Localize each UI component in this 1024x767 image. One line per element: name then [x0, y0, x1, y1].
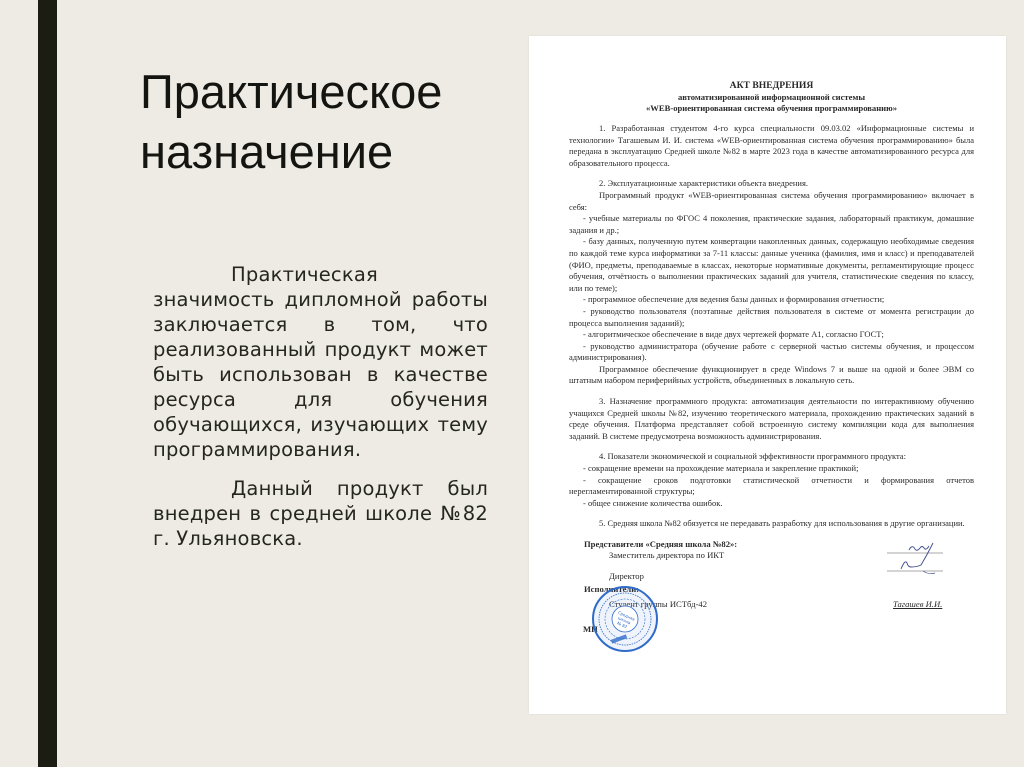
doc-paragraph: 1. Разработанная студентом 4-го курса сп… [569, 123, 974, 169]
doc-bullet: - программное обеспечение для ведения ба… [569, 294, 974, 306]
slide-title: Практическое назначение [140, 62, 520, 182]
slide-title-line-2: назначение [140, 125, 393, 178]
body-paragraph-implementation: Данный продукт был внедрен в средней шко… [153, 476, 488, 551]
doc-paragraph: Программное обеспечение функционирует в … [569, 364, 974, 387]
doc-paragraph: 3. Назначение программного продукта: авт… [569, 396, 974, 442]
deputy-director-label: Заместитель директора по ИКТ [609, 550, 724, 561]
document-content: АКТ ВНЕДРЕНИЯ автоматизированной информа… [569, 80, 974, 659]
doc-bullet: - общее снижение количества ошибок. [569, 498, 974, 510]
school-stamp-icon: Средняя школа № 82 [591, 585, 659, 653]
document-subtitle: автоматизированной информационной систем… [569, 92, 974, 103]
slide-body: Практическая значимость дипломной работы… [153, 262, 488, 565]
doc-bullet: - руководство пользователя (поэтапные де… [569, 306, 974, 329]
doc-bullet: - учебные материалы по ФГОС 4 поколения,… [569, 213, 974, 236]
doc-paragraph: Программный продукт «WEB-ориентированная… [569, 190, 974, 213]
signature-block: Представители «Средняя школа №82»: Замес… [569, 539, 974, 659]
body-paragraph-significance: Практическая значимость дипломной работы… [153, 262, 488, 462]
doc-paragraph: 5. Средняя школа №82 обязуется не переда… [569, 518, 974, 530]
section-3: 3. Назначение программного продукта: авт… [569, 396, 974, 442]
doc-paragraph: 2. Эксплуатационные характеристики объек… [569, 178, 974, 190]
doc-bullet: - сокращение времени на прохождение мате… [569, 463, 974, 475]
doc-bullet: - руководство администратора (обучение р… [569, 341, 974, 364]
implementation-act-document: АКТ ВНЕДРЕНИЯ автоматизированной информа… [529, 36, 1006, 714]
document-system-name: «WEB-ориентированная система обучения пр… [569, 103, 974, 114]
document-heading: АКТ ВНЕДРЕНИЯ автоматизированной информа… [569, 80, 974, 114]
representatives-label: Представители «Средняя школа №82»: [584, 539, 737, 550]
handwritten-signatures-icon [887, 541, 945, 581]
document-title: АКТ ВНЕДРЕНИЯ [569, 80, 974, 91]
director-label: Директор [609, 571, 644, 582]
accent-bar [38, 0, 57, 767]
section-5: 5. Средняя школа №82 обязуется не переда… [569, 518, 974, 530]
section-1: 1. Разработанная студентом 4-го курса сп… [569, 123, 974, 169]
doc-bullet: - базу данных, полученную путем конверта… [569, 236, 974, 294]
doc-bullet: - сокращение сроков подготовки статистич… [569, 475, 974, 498]
slide-title-line-1: Практическое [140, 65, 442, 118]
student-name: Тагашев И.И. [893, 599, 942, 610]
doc-paragraph: 4. Показатели экономической и социальной… [569, 451, 974, 463]
section-4: 4. Показатели экономической и социальной… [569, 451, 974, 509]
section-2: 2. Эксплуатационные характеристики объек… [569, 178, 974, 387]
doc-bullet: - алгоритмическое обеспечение в виде дву… [569, 329, 974, 341]
